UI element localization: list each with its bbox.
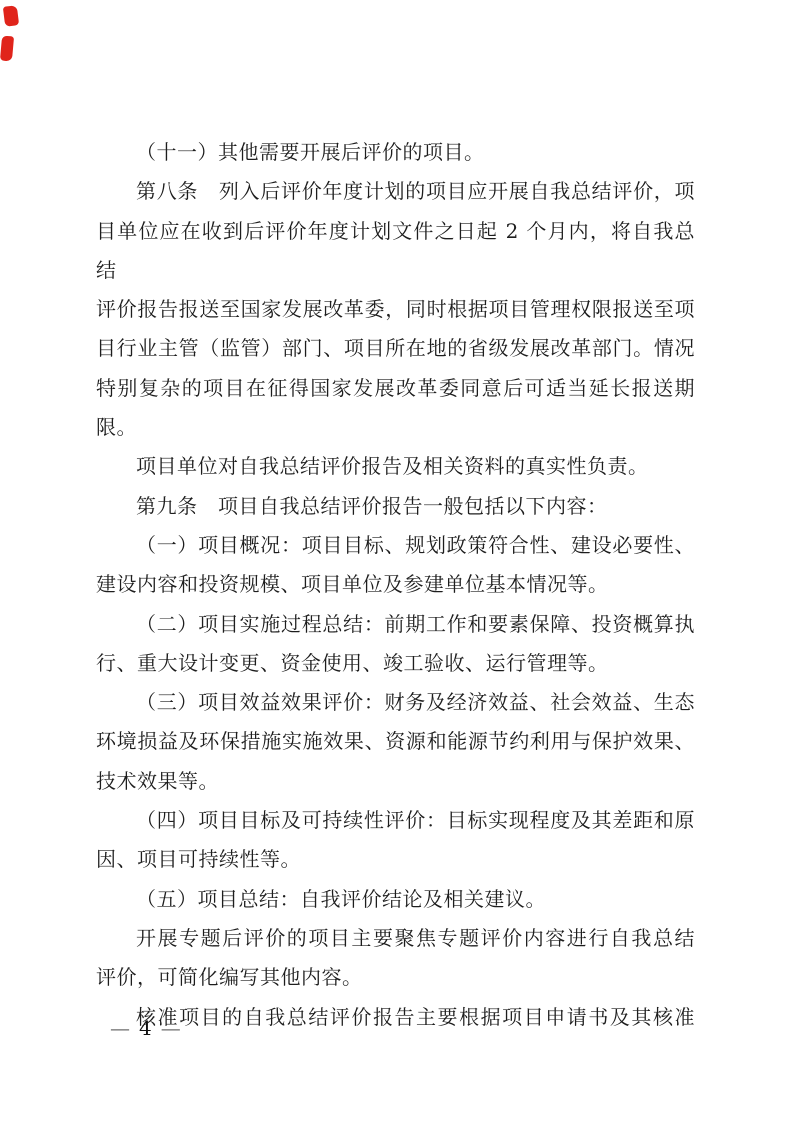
text-line-4: 评价报告报送至国家发展改革委，同时根据项目管理权限报送至项	[96, 290, 695, 329]
text-line-9: 第九条 项目自我总结评价报告一般包括以下内容：	[96, 487, 695, 526]
text-line-19: （五）项目总结：自我评价结论及相关建议。	[96, 880, 695, 919]
text-line-13: 行、重大设计变更、资金使用、竣工验收、运行管理等。	[96, 644, 695, 683]
document-page: （十一）其他需要开展后评价的项目。第八条 列入后评价年度计划的项目应开展自我总结…	[0, 0, 793, 1122]
text-line-18: 因、项目可持续性等。	[96, 840, 695, 879]
text-line-2: 第八条 列入后评价年度计划的项目应开展自我总结评价，项	[96, 172, 695, 211]
red-edge-mark-1	[3, 5, 19, 27]
text-line-7: 限。	[96, 408, 695, 447]
text-line-3: 目单位应在收到后评价年度计划文件之日起 2 个月内，将自我总结	[96, 212, 695, 291]
footer-left-dash: —	[104, 1016, 136, 1040]
text-line-12: （二）项目实施过程总结：前期工作和要素保障、投资概算执	[96, 605, 695, 644]
text-line-16: 技术效果等。	[96, 762, 695, 801]
text-line-20: 开展专题后评价的项目主要聚焦专题评价内容进行自我总结	[96, 919, 695, 958]
text-line-6: 特别复杂的项目在征得国家发展改革委同意后可适当延长报送期	[96, 369, 695, 408]
text-line-1: （十一）其他需要开展后评价的项目。	[96, 133, 695, 172]
text-line-8: 项目单位对自我总结评价报告及相关资料的真实性负责。	[96, 447, 695, 486]
text-line-10: （一）项目概况：项目目标、规划政策符合性、建设必要性、	[96, 526, 695, 565]
text-line-14: （三）项目效益效果评价：财务及经济效益、社会效益、生态	[96, 683, 695, 722]
page-footer: —4—	[104, 1016, 187, 1040]
document-body: （十一）其他需要开展后评价的项目。第八条 列入后评价年度计划的项目应开展自我总结…	[96, 133, 695, 1037]
text-line-21: 评价，可简化编写其他内容。	[96, 958, 695, 997]
text-line-15: 环境损益及环保措施实施效果、资源和能源节约利用与保护效果、	[96, 722, 695, 761]
text-line-11: 建设内容和投资规模、项目单位及参建单位基本情况等。	[96, 565, 695, 604]
text-line-5: 目行业主管（监管）部门、项目所在地的省级发展改革部门。情况	[96, 329, 695, 368]
footer-right-dash: —	[155, 1016, 187, 1040]
red-edge-mark-2	[0, 36, 14, 62]
page-number: 4	[136, 1016, 155, 1040]
text-line-17: （四）项目目标及可持续性评价：目标实现程度及其差距和原	[96, 801, 695, 840]
